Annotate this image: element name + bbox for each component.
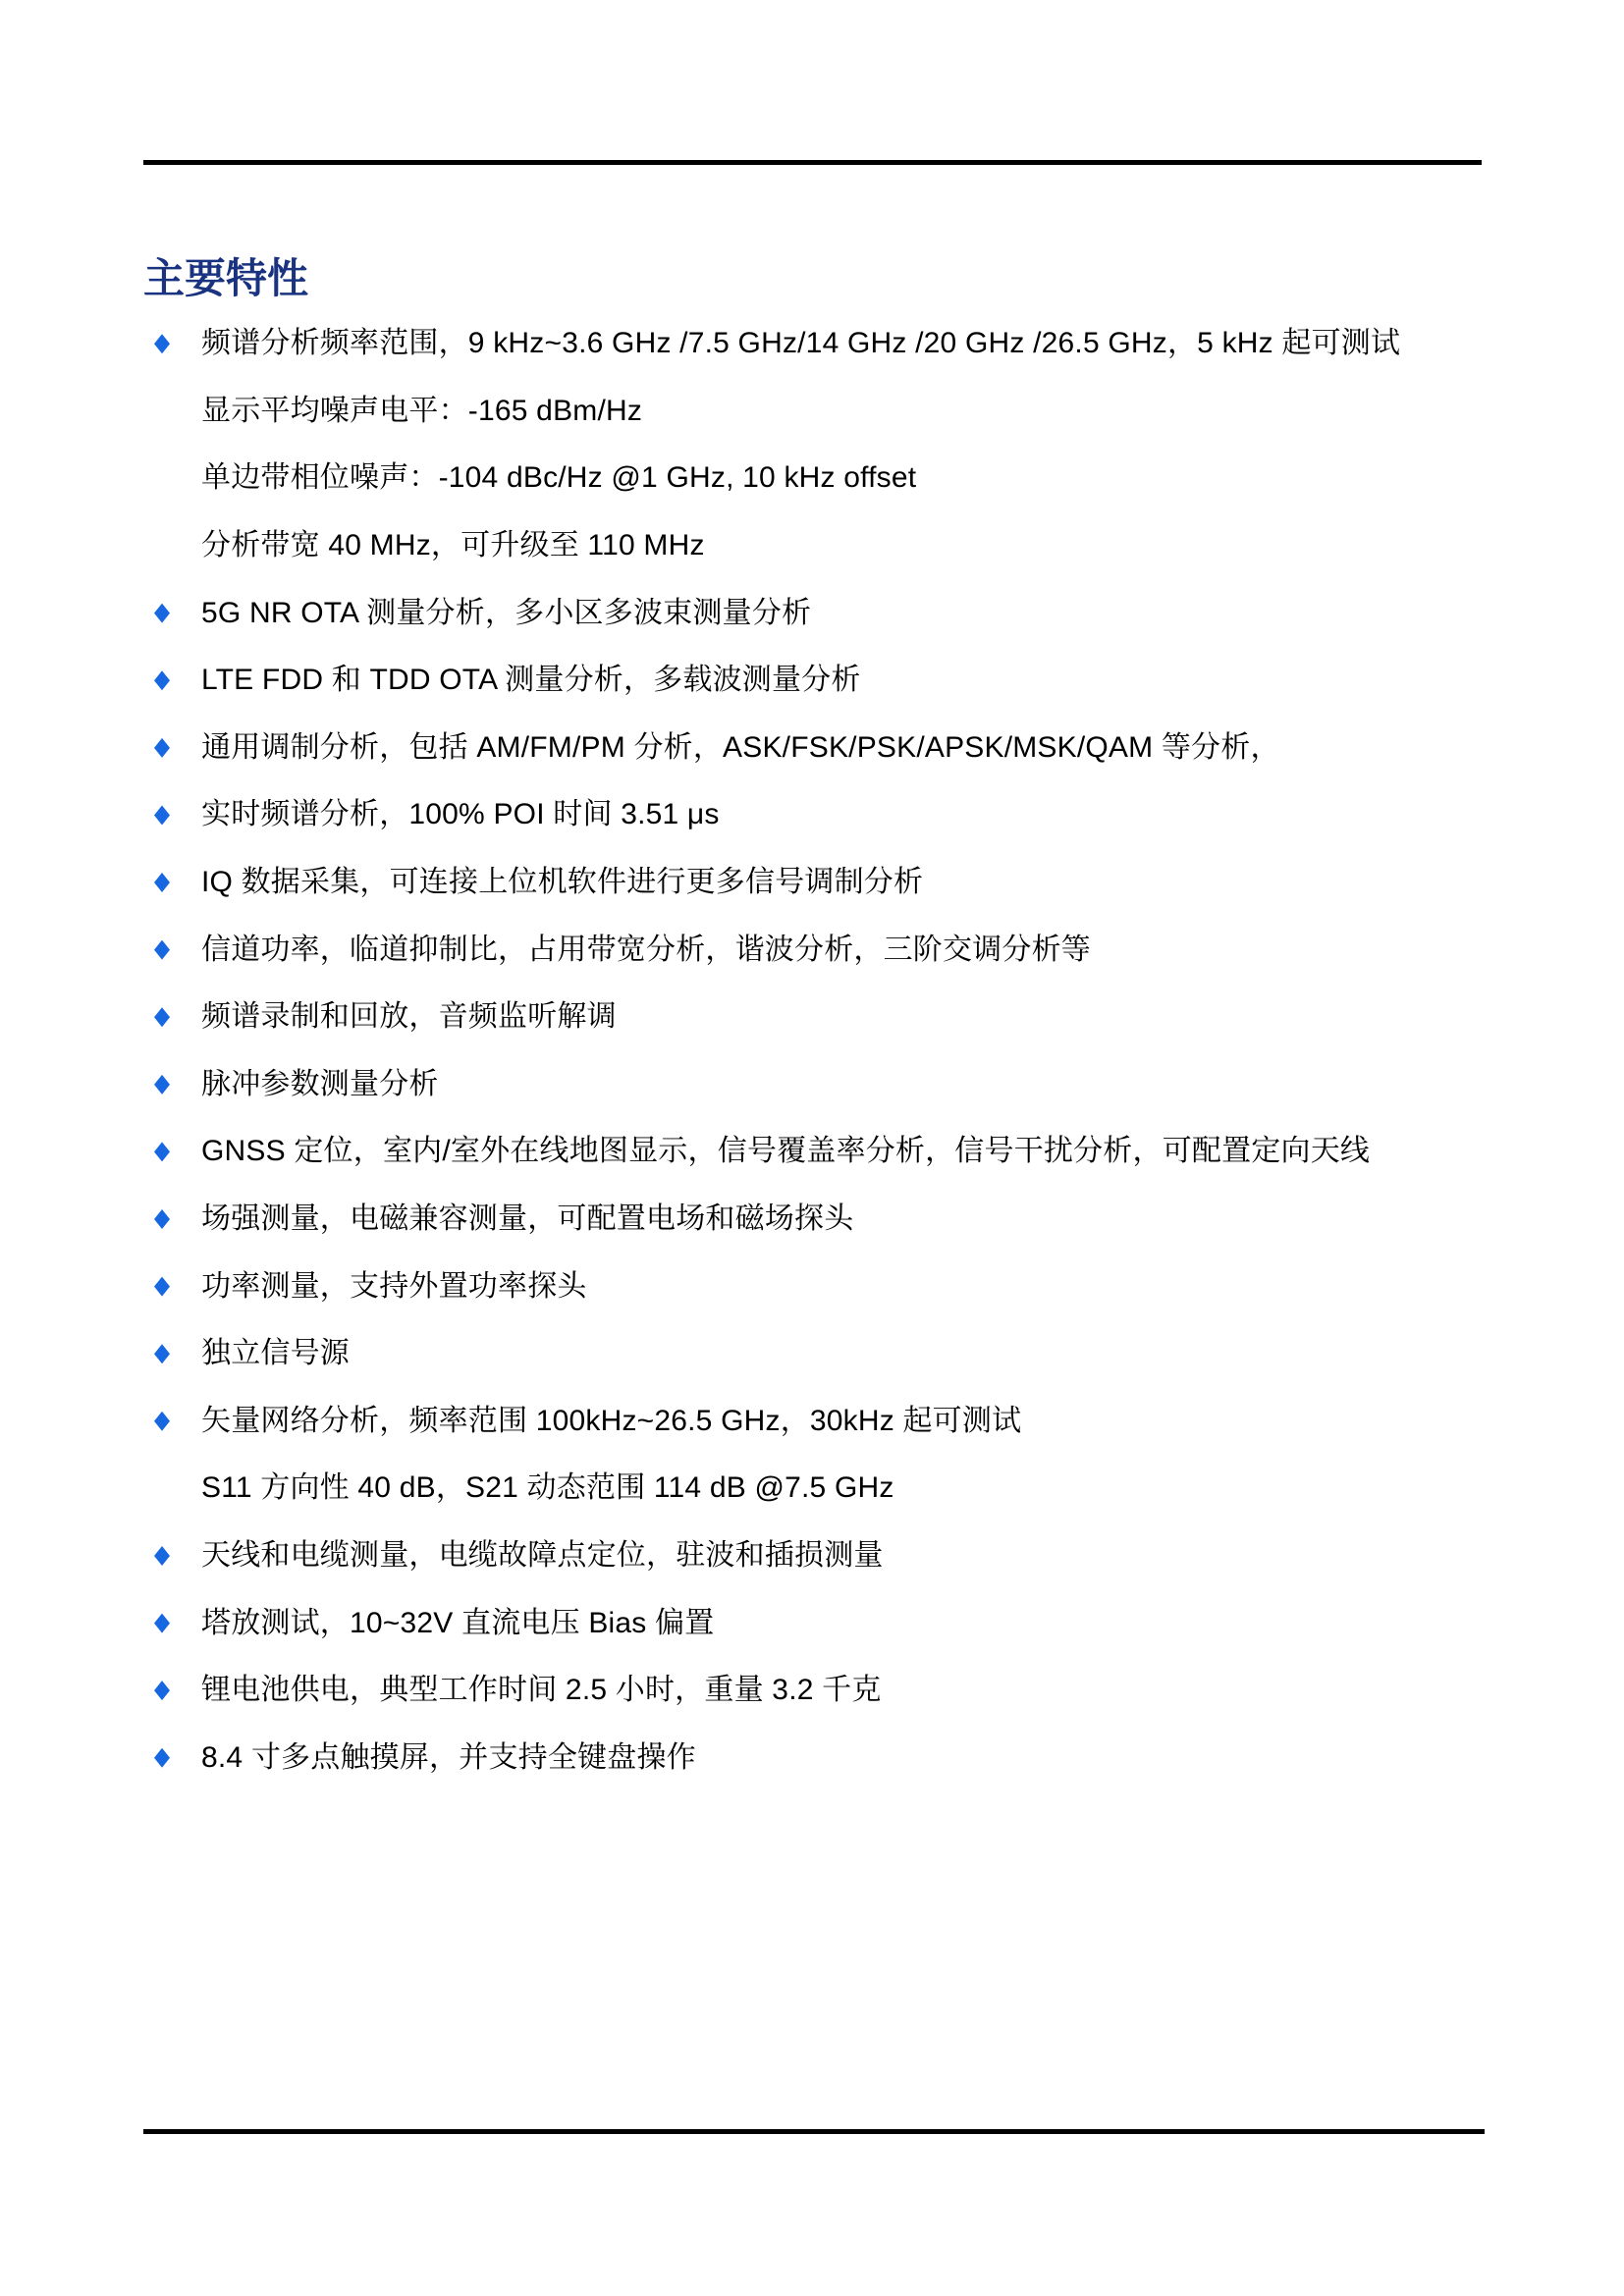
document-page: { "page": { "heading": "主要特性", "heading_…: [0, 0, 1624, 2296]
bullet-cell: [143, 940, 201, 960]
feature-text: 锂电池供电，典型工作时间 2.5 小时，重量 3.2 千克: [201, 1676, 882, 1705]
bullet-cell: [143, 1614, 201, 1633]
bullet-diamond-icon: [154, 1344, 170, 1363]
feature-text: 信道功率，临道抑制比，占用带宽分析，谐波分析，三阶交调分析等: [201, 935, 1091, 965]
feature-item: 分析带宽 40 MHz，可升级至 110 MHz: [143, 512, 1538, 580]
bullet-cell: [143, 1748, 201, 1768]
bullet-cell: [143, 1344, 201, 1363]
feature-item: 脉冲参数测量分析: [143, 1051, 1538, 1119]
bullet-cell: [143, 1546, 201, 1566]
feature-text: 频谱录制和回放，音频监听解调: [201, 1002, 617, 1032]
feature-text: 实时频谱分析，100% POI 时间 3.51 μs: [201, 800, 720, 829]
feature-text: 矢量网络分析，频率范围 100kHz~26.5 GHz，30kHz 起可测试: [201, 1407, 1021, 1436]
page-title: 主要特性: [143, 256, 308, 301]
bottom-horizontal-rule: [143, 2129, 1485, 2134]
feature-text: 场强测量，电磁兼容测量，可配置电场和磁场探头: [201, 1204, 853, 1234]
bullet-cell: [143, 805, 201, 825]
bullet-cell: [143, 1007, 201, 1027]
feature-item: IQ 数据采集，可连接上位机软件进行更多信号调制分析: [143, 849, 1538, 917]
feature-text: 独立信号源: [201, 1339, 350, 1368]
bullet-cell: [143, 1142, 201, 1161]
bullet-diamond-icon: [154, 1277, 170, 1297]
bullet-diamond-icon: [154, 670, 170, 690]
bullet-cell: [143, 738, 201, 758]
feature-text: 显示平均噪声电平：-165 dBm/Hz: [201, 397, 642, 426]
bullet-diamond-icon: [154, 738, 170, 758]
bullet-diamond-icon: [154, 873, 170, 892]
bullet-cell: [143, 536, 201, 556]
feature-text: LTE FDD 和 TDD OTA 测量分析，多载波测量分析: [201, 666, 861, 695]
feature-item: 塔放测试，10~32V 直流电压 Bias 偏置: [143, 1589, 1538, 1657]
bullet-diamond-icon: [154, 1007, 170, 1027]
bullet-cell: [143, 1209, 201, 1229]
feature-text: 脉冲参数测量分析: [201, 1070, 439, 1099]
feature-item: 功率测量，支持外置功率探头: [143, 1253, 1538, 1320]
bullet-diamond-icon: [154, 1075, 170, 1095]
feature-item: LTE FDD 和 TDD OTA 测量分析，多载波测量分析: [143, 647, 1538, 715]
feature-item: 频谱录制和回放，音频监听解调: [143, 984, 1538, 1051]
bullet-diamond-icon: [154, 1681, 170, 1700]
feature-text: 分析带宽 40 MHz，可升级至 110 MHz: [201, 531, 705, 561]
bullet-diamond-icon: [154, 1546, 170, 1566]
bullet-cell: [143, 604, 201, 623]
bullet-cell: [143, 1075, 201, 1095]
feature-item: 信道功率，临道抑制比，占用带宽分析，谐波分析，三阶交调分析等: [143, 916, 1538, 984]
feature-item: S11 方向性 40 dB，S21 动态范围 114 dB @7.5 GHz: [143, 1455, 1538, 1522]
feature-text: 功率测量，支持外置功率探头: [201, 1272, 587, 1302]
feature-text: 天线和电缆测量，电缆故障点定位，驻波和插损测量: [201, 1541, 884, 1571]
feature-text: 5G NR OTA 测量分析，多小区多波束测量分析: [201, 599, 811, 628]
bullet-diamond-icon: [154, 1412, 170, 1431]
bullet-diamond-icon: [154, 1748, 170, 1768]
feature-item: 独立信号源: [143, 1320, 1538, 1388]
feature-item: 矢量网络分析，频率范围 100kHz~26.5 GHz，30kHz 起可测试: [143, 1388, 1538, 1456]
feature-text: GNSS 定位，室内/室外在线地图显示，信号覆盖率分析，信号干扰分析，可配置定向…: [201, 1137, 1370, 1166]
bullet-diamond-icon: [154, 1142, 170, 1161]
bullet-diamond-icon: [154, 940, 170, 960]
feature-text: 8.4 寸多点触摸屏，并支持全键盘操作: [201, 1743, 696, 1773]
feature-item: 通用调制分析，包括 AM/FM/PM 分析，ASK/FSK/PSK/APSK/M…: [143, 715, 1538, 782]
feature-list: 频谱分析频率范围，9 kHz~3.6 GHz /7.5 GHz/14 GHz /…: [143, 310, 1538, 1791]
bullet-cell: [143, 1412, 201, 1431]
bullet-cell: [143, 401, 201, 421]
bullet-diamond-icon: [154, 805, 170, 825]
feature-text: IQ 数据采集，可连接上位机软件进行更多信号调制分析: [201, 868, 923, 897]
top-horizontal-rule: [143, 160, 1482, 165]
feature-text: 塔放测试，10~32V 直流电压 Bias 偏置: [201, 1609, 714, 1638]
feature-text: S11 方向性 40 dB，S21 动态范围 114 dB @7.5 GHz: [201, 1473, 894, 1503]
feature-item: 场强测量，电磁兼容测量，可配置电场和磁场探头: [143, 1186, 1538, 1254]
feature-item: 单边带相位噪声：-104 dBc/Hz @1 GHz, 10 kHz offse…: [143, 445, 1538, 512]
bullet-cell: [143, 334, 201, 353]
feature-item: 天线和电缆测量，电缆故障点定位，驻波和插损测量: [143, 1522, 1538, 1590]
bullet-diamond-icon: [154, 1209, 170, 1229]
bullet-cell: [143, 670, 201, 690]
feature-item: 8.4 寸多点触摸屏，并支持全键盘操作: [143, 1724, 1538, 1791]
feature-text: 单边带相位噪声：-104 dBc/Hz @1 GHz, 10 kHz offse…: [201, 463, 916, 493]
bullet-cell: [143, 1681, 201, 1700]
bullet-cell: [143, 873, 201, 892]
bullet-diamond-icon: [154, 1614, 170, 1633]
feature-text: 通用调制分析，包括 AM/FM/PM 分析，ASK/FSK/PSK/APSK/M…: [201, 733, 1280, 763]
bullet-cell: [143, 468, 201, 488]
feature-item: 锂电池供电，典型工作时间 2.5 小时，重量 3.2 千克: [143, 1657, 1538, 1725]
feature-item: 显示平均噪声电平：-165 dBm/Hz: [143, 378, 1538, 446]
bullet-cell: [143, 1277, 201, 1297]
bullet-cell: [143, 1478, 201, 1498]
feature-text: 频谱分析频率范围，9 kHz~3.6 GHz /7.5 GHz/14 GHz /…: [201, 329, 1400, 358]
feature-item: 5G NR OTA 测量分析，多小区多波束测量分析: [143, 579, 1538, 647]
feature-item: 频谱分析频率范围，9 kHz~3.6 GHz /7.5 GHz/14 GHz /…: [143, 310, 1538, 378]
bullet-diamond-icon: [154, 604, 170, 623]
feature-item: 实时频谱分析，100% POI 时间 3.51 μs: [143, 781, 1538, 849]
feature-item: GNSS 定位，室内/室外在线地图显示，信号覆盖率分析，信号干扰分析，可配置定向…: [143, 1118, 1538, 1186]
bullet-diamond-icon: [154, 334, 170, 353]
